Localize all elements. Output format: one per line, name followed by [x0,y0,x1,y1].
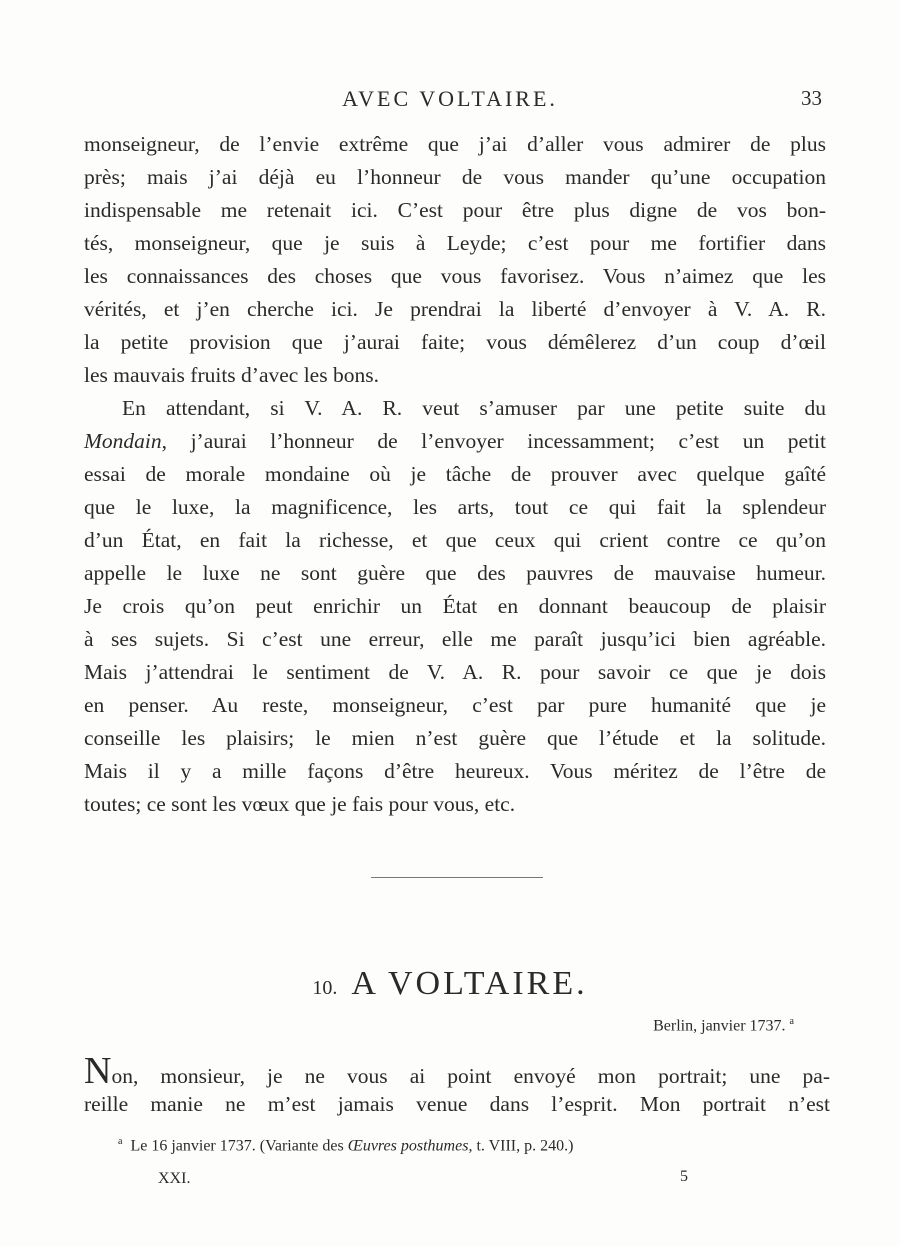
italic-title: Mondain [84,429,162,453]
dateline: Berlin, janvier 1737. a [653,1016,794,1035]
text-line: près; mais j’ai déjà eu l’honneur de vou… [84,161,826,194]
text-line: Je crois qu’on peut enrichir un État en … [84,590,826,623]
text-line: vérités, et j’en cherche ici. Je prendra… [84,293,826,326]
body-text: monseigneur, de l’envie extrême que j’ai… [84,128,826,821]
volume-signature: XXI. [158,1170,190,1188]
text-line: indispensable me retenait ici. C’est pou… [84,194,826,227]
text-line: en penser. Au reste, monseigneur, c’est … [84,689,826,722]
text-line: essai de morale mondaine où je tâche de … [84,458,826,491]
text-run: , j’aurai l’honneur de l’envoyer incessa… [162,429,826,453]
text-line: appelle le luxe ne sont guère que des pa… [84,557,826,590]
letter-body: Non, monsieur, je ne vous ai point envoy… [84,1054,830,1120]
footnote: aLe 16 janvier 1737. (Variante des Œuvre… [118,1136,573,1155]
text-line: En attendant, si V. A. R. veut s’amuser … [84,392,826,425]
running-head: AVEC VOLTAIRE. 33 [0,86,900,116]
footnote-text-end: , t. VIII, p. 240.) [468,1137,573,1154]
footnote-mark: a [118,1136,122,1147]
footnote-italic: Œuvres posthumes [348,1137,469,1154]
footnote-mark: a [790,1016,794,1027]
paragraph-1: monseigneur, de l’envie extrême que j’ai… [84,128,826,392]
text-run: on, monsieur, je ne vous ai point envoyé… [111,1064,830,1088]
text-line: la petite provision que j’aurai faite; v… [84,326,826,359]
text-line: toutes; ce sont les vœux que je fais pou… [84,788,826,821]
text-line: Non, monsieur, je ne vous ai point envoy… [84,1054,830,1087]
text-line: d’un État, en fait la richesse, et que c… [84,524,826,557]
text-line: Mondain, j’aurai l’honneur de l’envoyer … [84,425,826,458]
running-title: AVEC VOLTAIRE. [0,86,900,112]
page-number: 33 [801,86,822,111]
text-line: à ses sujets. Si c’est une erreur, elle … [84,623,826,656]
text-line: tés, monseigneur, que je suis à Leyde; c… [84,227,826,260]
footnote-text: Le 16 janvier 1737. (Variante des [130,1137,347,1154]
text-line: Mais il y a mille façons d’être heureux.… [84,755,826,788]
text-line: conseille les plaisirs; le mien n’est gu… [84,722,826,755]
letter-heading: 10.A VOLTAIRE. [0,965,900,1003]
text-line: les mauvais fruits d’avec les bons. [84,359,826,392]
letter-title: A VOLTAIRE. [351,965,587,1002]
sheet-number: 5 [680,1168,688,1186]
text-line: monseigneur, de l’envie extrême que j’ai… [84,128,826,161]
dateline-text: Berlin, janvier 1737. [653,1017,785,1034]
text-line: reille manie ne m’est jamais venue dans … [84,1087,830,1120]
drop-cap: N [84,1050,111,1092]
section-divider [371,877,543,878]
letter-number: 10. [312,977,337,999]
text-line: que le luxe, la magnificence, les arts, … [84,491,826,524]
text-line: les connaissances des choses que vous fa… [84,260,826,293]
text-line: Mais j’attendrai le sentiment de V. A. R… [84,656,826,689]
paragraph-2: En attendant, si V. A. R. veut s’amuser … [84,392,826,821]
